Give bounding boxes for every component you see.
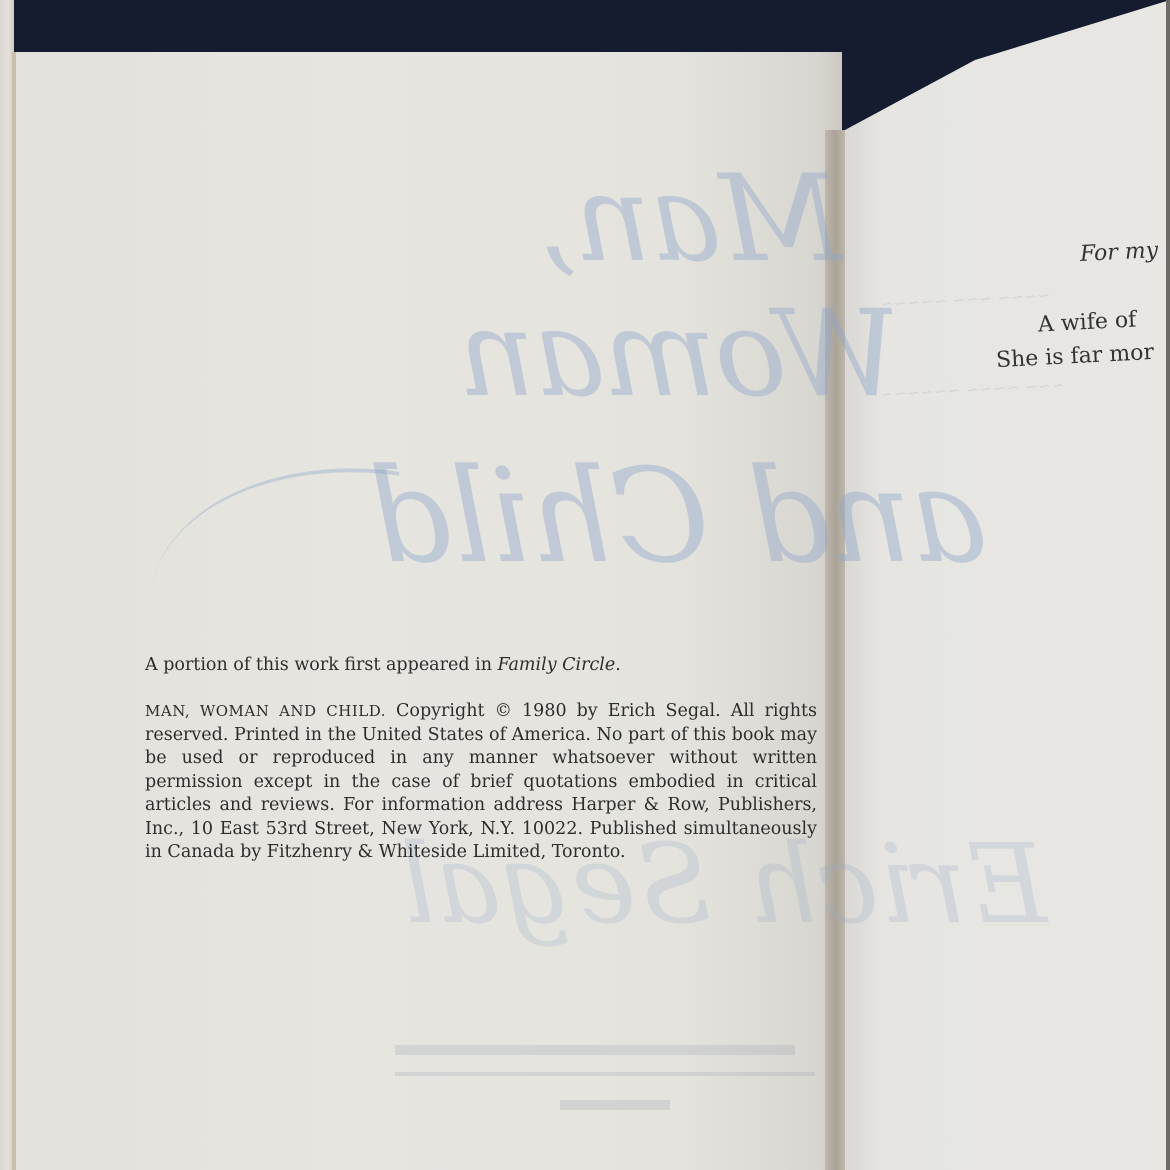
image-edge [1166,0,1170,1170]
bleed-title-line-1: Man, [540,150,842,289]
bleed-publisher-rule [395,1072,815,1076]
dedication-line-2: A wife of [1037,307,1136,337]
copyright-notice: MAN, WOMAN AND CHILD. Copyright © 1980 b… [145,700,817,865]
bleed-publisher-line [395,1045,795,1055]
copyright-title: MAN, WOMAN AND CHILD. [145,702,386,720]
copyright-body: Copyright © 1980 by Erich Segal. All rig… [145,701,817,862]
book-photo: Man, Woman and Child Erich Segal A porti… [0,0,1170,1170]
portion-suffix: . [615,655,621,675]
bleed-title-line-2: Woman [460,285,900,424]
bleed-publisher-city [560,1100,670,1110]
portion-prefix: A portion of this work first appeared in [145,655,498,675]
portion-source: Family Circle [498,655,616,675]
left-page-edge [12,52,16,1170]
bleed-title-line-3: and Child [370,440,987,592]
dedication-line-1: For my [1079,238,1158,267]
portion-note: A portion of this work first appeared in… [145,654,825,678]
